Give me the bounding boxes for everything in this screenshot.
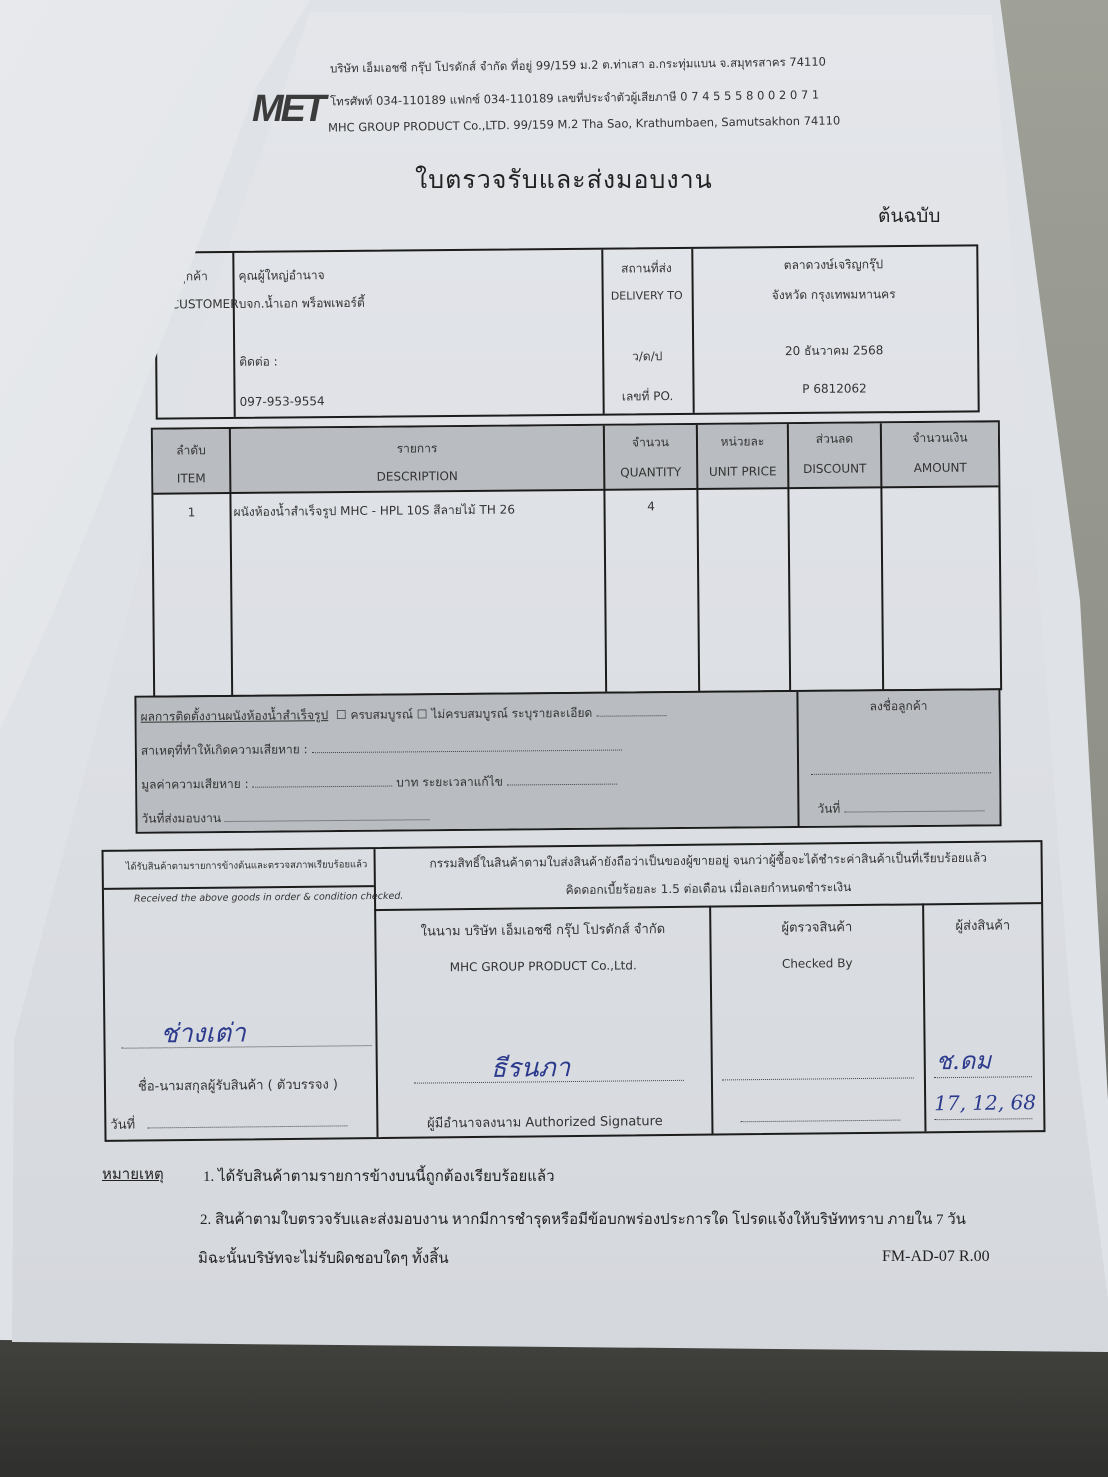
receiver-name-label: ชื่อ-นามสกุลผู้รับสินค้า ( ตัวบรรจง ) <box>138 1073 338 1096</box>
customer-sign-date-field[interactable] <box>844 810 984 812</box>
customer-phone: 097-953-9554 <box>240 394 325 409</box>
checker-sign-line[interactable] <box>722 1077 914 1080</box>
fix-time-label: ระยะเวลาแก้ไข <box>422 775 503 790</box>
damage-value-field[interactable] <box>252 786 392 788</box>
ownership-line1: กรรมสิทธิ์ในสินค้าตามใบส่งสินค้ายังถือว่… <box>376 848 1041 874</box>
col-item-th: ลำดับ <box>153 441 229 461</box>
option-complete-label: ครบสมบูรณ์ <box>350 707 413 722</box>
note-line2: 2. สินค้าตามใบตรวจรับและส่งมอบงาน หากมีก… <box>200 1207 966 1231</box>
delivery-place-line1: ตลาดวงษ์เจริญกรุ๊ป <box>693 254 973 275</box>
received-en: Received the above goods in order & cond… <box>134 891 403 905</box>
sender-signature: ช.ดม <box>936 1041 992 1081</box>
customer-sign-label: ลงชื่อลูกค้า <box>798 696 998 717</box>
fix-time-field[interactable] <box>507 784 617 786</box>
col-unit-price-en: UNIT PRICE <box>698 464 787 479</box>
checker-date-field[interactable] <box>740 1120 900 1123</box>
col-unit-price-th: หน่วยละ <box>698 432 787 452</box>
col-description-th: รายการ <box>231 438 603 460</box>
details-field[interactable] <box>596 715 666 717</box>
delivery-place-line2: จังหวัด กรุงเทพมหานคร <box>694 284 974 305</box>
document-title: ใบตรวจรับและส่งมอบงาน <box>415 160 713 200</box>
sender-date: 17, 12, 68 <box>934 1090 1036 1115</box>
customer-delivery-box: ลูกค้า CUSTOMER คุณผู้ใหญ่อำนาจ บจก.น้ำเ… <box>154 244 979 419</box>
delivery-date: 20 ธันวาคม 2568 <box>694 340 974 361</box>
row-quantity: 4 <box>605 499 696 514</box>
cause-field[interactable] <box>312 750 622 754</box>
checker-label-th: ผู้ตรวจสินค้า <box>711 915 922 938</box>
po-label: เลขที่ PO. <box>603 387 691 407</box>
items-table: ลำดับ ITEM รายการ DESCRIPTION จำนวน QUAN… <box>151 420 1002 697</box>
receiver-sign-line[interactable] <box>122 1045 372 1049</box>
contact-label: ติดต่อ : <box>239 353 278 372</box>
damage-value-label: มูลค่าความเสียหาย : <box>141 777 249 792</box>
company-name-en: MHC GROUP PRODUCT Co.,Ltd. <box>377 958 710 975</box>
installation-result-label: ผลการติดตั้งงานผนังห้องน้ำสำเร็จรูป <box>141 708 329 724</box>
col-quantity-th: จำนวน <box>605 433 696 453</box>
form-code: FM-AD-07 R.00 <box>882 1248 990 1266</box>
handover-date-label: วันที่ส่งมอบงาน <box>141 811 221 826</box>
cause-label: สาเหตุที่ทำให้เกิดความเสียหาย : <box>141 742 308 757</box>
authorized-label: ผู้มีอำนาจลงนาม Authorized Signature <box>378 1110 711 1134</box>
customer-sign-date: วันที่ <box>817 798 984 818</box>
customer-label-en: CUSTOMER <box>171 297 239 312</box>
notes-label: หมายเหตุ <box>102 1162 164 1186</box>
note-line3: มิฉะนั้นบริษัทจะไม่รับผิดชอบใดๆ ทั้งสิ้น <box>198 1246 449 1270</box>
receiver-date-field[interactable] <box>148 1125 348 1128</box>
baht-label: บาท <box>396 775 418 789</box>
sender-date-line <box>934 1118 1032 1120</box>
receiver-date-label: วันที่ <box>110 1118 135 1133</box>
ownership-line2: คิดดอกเบี้ยร้อยละ 1.5 ต่อเดือน เมื่อเลยก… <box>376 876 1041 902</box>
checkbox-complete[interactable]: ☐ <box>336 708 347 722</box>
row-item: 1 <box>154 505 230 520</box>
col-amount-en: AMOUNT <box>882 460 998 475</box>
col-discount-th: ส่วนลด <box>789 429 880 449</box>
col-quantity-en: QUANTITY <box>605 465 696 480</box>
customer-sign-date-label: วันที่ <box>817 802 840 816</box>
checker-label-en: Checked By <box>712 955 923 971</box>
row-description: ผนังห้องน้ำสำเร็จรูป MHC - HPL 10S สีลาย… <box>233 501 515 522</box>
po-number: P 6812062 <box>694 380 974 396</box>
received-th: ได้รับสินค้าตามรายการข้างต้นและตรวจสภาพเ… <box>126 857 368 875</box>
col-item-en: ITEM <box>153 471 229 486</box>
delivery-label-th: สถานที่ส่ง <box>602 259 690 279</box>
customer-name-line2: บจก.น้ำเอก พร็อพเพอร์ตี้ <box>239 294 365 314</box>
option-incomplete-label: ไม่ครบสมบูรณ์ ระบุรายละเอียด <box>431 706 592 721</box>
sender-label-th: ผู้ส่งสินค้า <box>924 914 1041 936</box>
col-discount-en: DISCOUNT <box>789 461 880 476</box>
installation-box: ผลการติดตั้งงานผนังห้องน้ำสำเร็จรูป ☐ คร… <box>134 688 1001 834</box>
col-amount-th: จำนวนเงิน <box>882 428 998 448</box>
company-name-th: ในนาม บริษัท เอ็มเอชซี กรุ๊ป โปรดักส์ จำ… <box>376 918 709 942</box>
delivery-label-en: DELIVERY TO <box>603 289 691 303</box>
handover-date-field[interactable] <box>225 819 430 822</box>
customer-name-line1: คุณผู้ใหญ่อำนาจ <box>238 266 324 286</box>
handover-row: วันที่ส่งมอบงาน <box>141 807 430 829</box>
receiver-date: วันที่ <box>110 1111 347 1134</box>
date-label: ว/ด/ป <box>603 347 691 367</box>
checkbox-incomplete[interactable]: ☐ <box>417 707 428 721</box>
signature-box: ได้รับสินค้าตามรายการข้างต้นและตรวจสภาพเ… <box>101 840 1045 1142</box>
company-logo: MET <box>252 88 323 131</box>
note-line1: 1. ได้รับสินค้าตามรายการข้างบนนี้ถูกต้อง… <box>203 1164 555 1188</box>
copy-label: ต้นฉบับ <box>878 201 940 231</box>
